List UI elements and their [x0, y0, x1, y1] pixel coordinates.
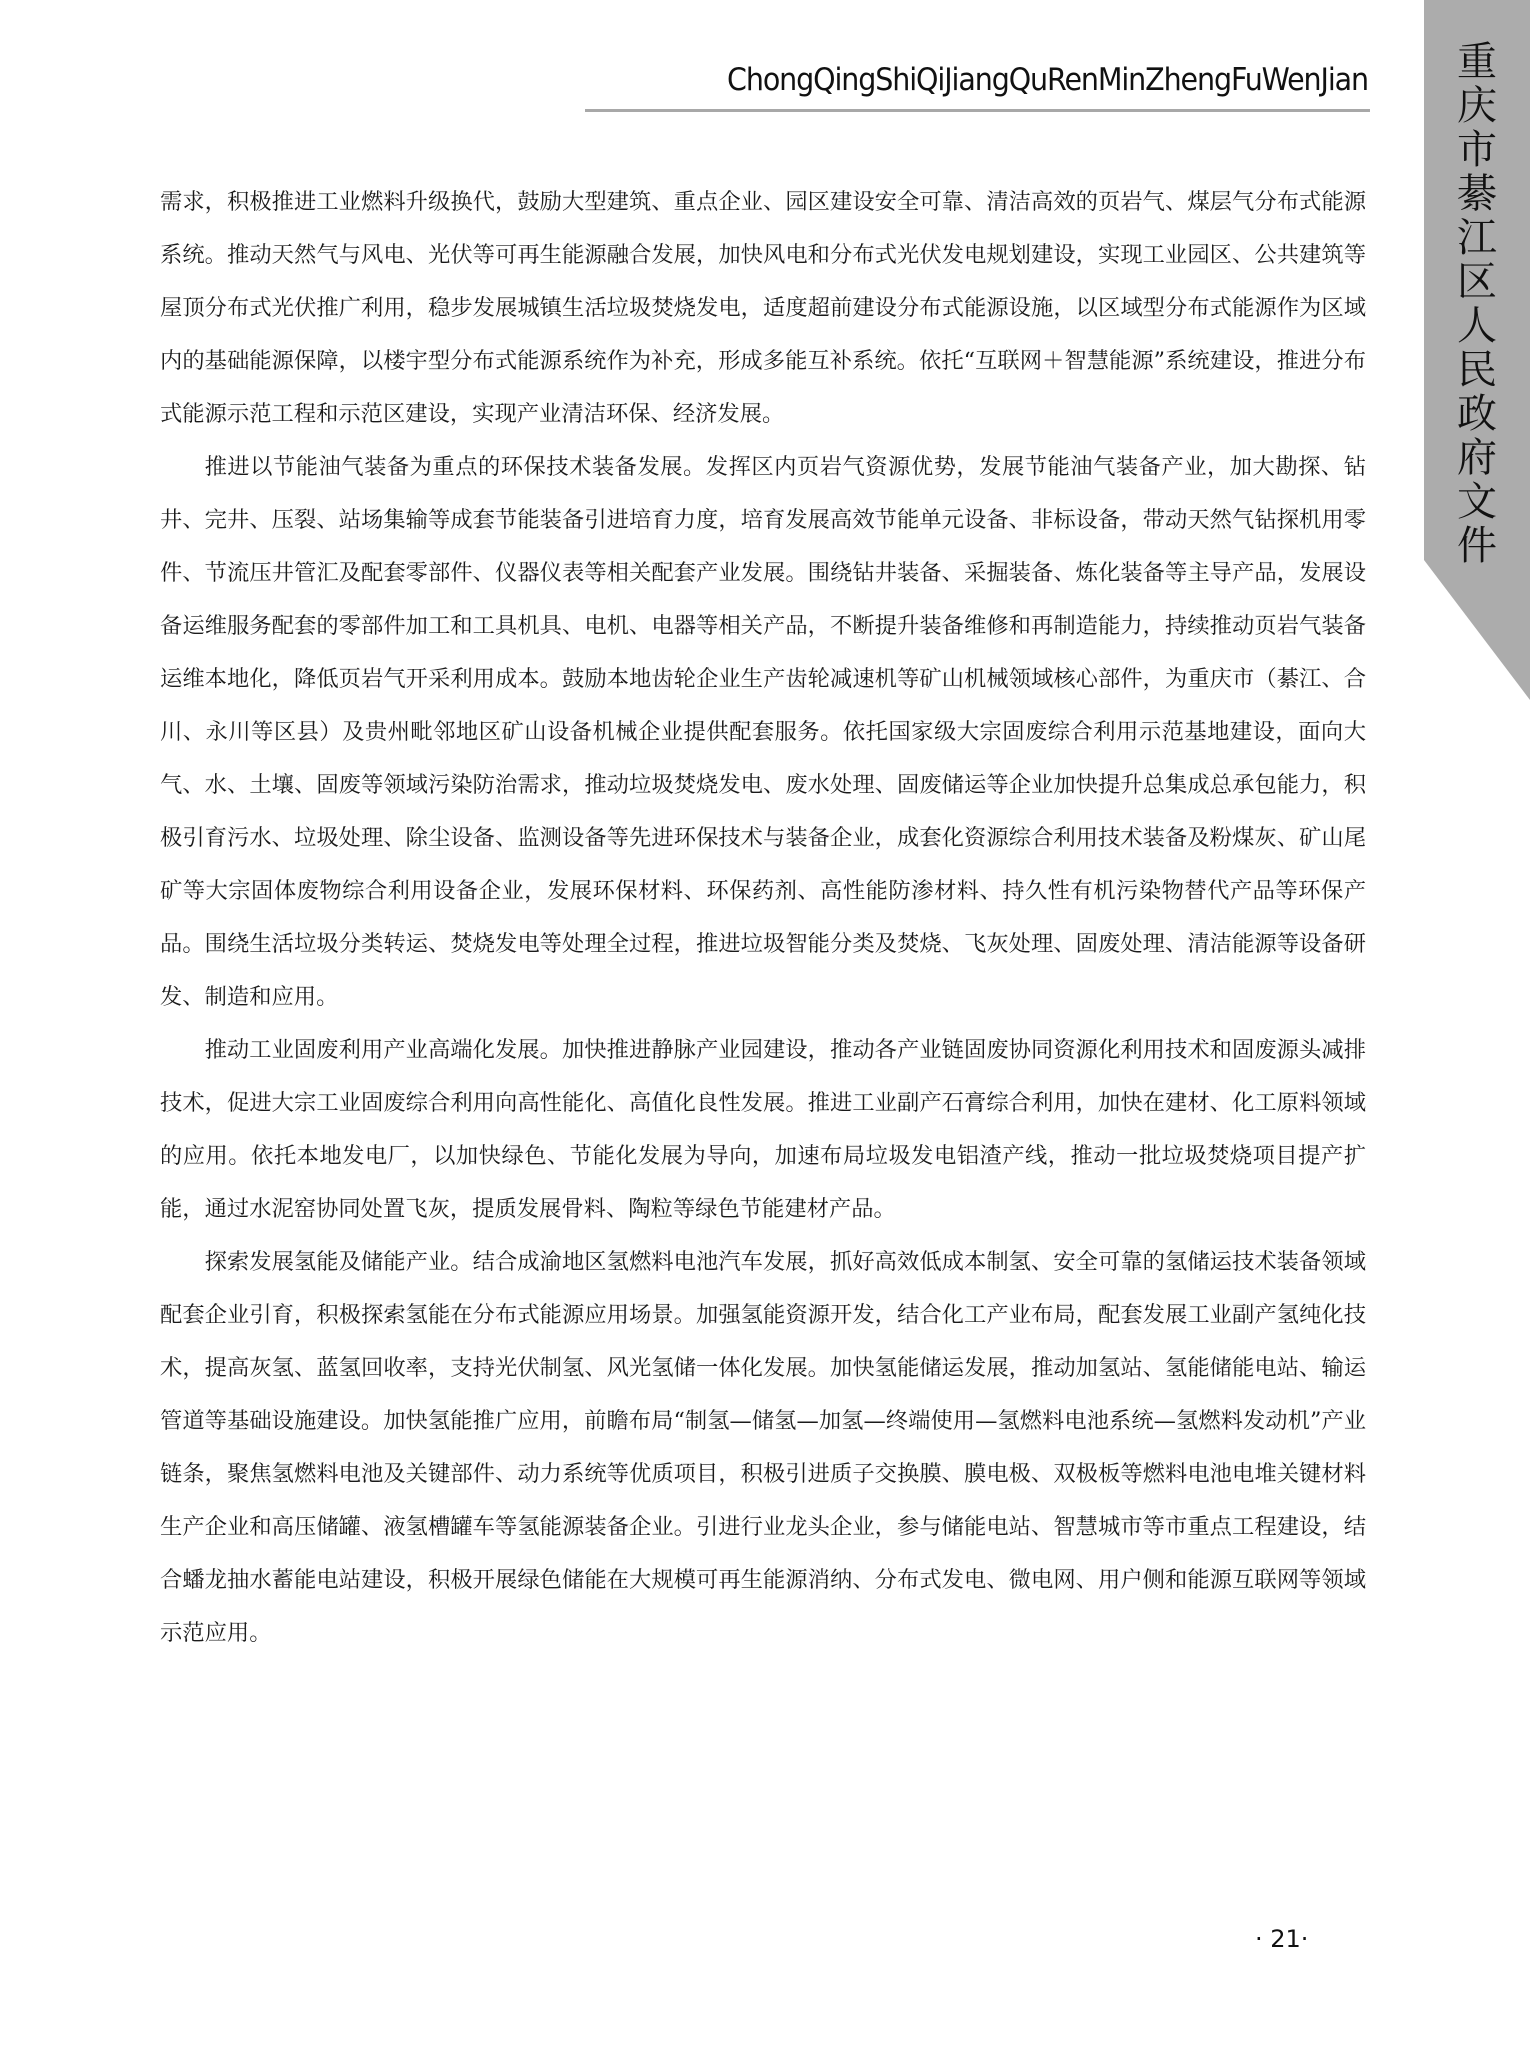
side-tab-char: 綦 — [1457, 172, 1497, 216]
document-body: 需求，积极推进工业燃料升级换代，鼓励大型建筑、重点企业、园区建设安全可靠、清洁高… — [160, 176, 1366, 1660]
side-tab-char: 庆 — [1457, 84, 1497, 128]
side-tab-char: 政 — [1457, 392, 1497, 436]
side-tab-char: 区 — [1457, 260, 1497, 304]
side-tab-char: 府 — [1457, 436, 1497, 480]
side-tab-char: 重 — [1457, 40, 1497, 84]
paragraph-solid-waste: 推动工业固废利用产业高端化发展。加快推进静脉产业园建设，推动各产业链固废协同资源… — [160, 1024, 1366, 1236]
header-divider — [585, 109, 1370, 112]
page-number: · 21· — [1255, 1925, 1308, 1953]
side-tab-char: 市 — [1457, 128, 1497, 172]
side-tab-tail — [1424, 560, 1530, 700]
paragraph-hydrogen-storage: 探索发展氢能及储能产业。结合成渝地区氢燃料电池汽车发展，抓好高效低成本制氢、安全… — [160, 1236, 1366, 1660]
side-tab-title: 重 庆 市 綦 江 区 人 民 政 府 文 件 — [1424, 40, 1530, 568]
side-tab-char: 件 — [1457, 524, 1497, 568]
paragraph-distributed-energy: 需求，积极推进工业燃料升级换代，鼓励大型建筑、重点企业、园区建设安全可靠、清洁高… — [160, 176, 1366, 441]
side-tab-char: 民 — [1457, 348, 1497, 392]
side-tab-char: 文 — [1457, 480, 1497, 524]
side-tab-char: 人 — [1457, 304, 1497, 348]
running-header-title: ChongQingShiQiJiangQuRenMinZhengFuWenJia… — [661, 62, 1368, 98]
paragraph-oil-gas-equipment: 推进以节能油气装备为重点的环保技术装备发展。发挥区内页岩气资源优势，发展节能油气… — [160, 441, 1366, 1024]
side-tab-char: 江 — [1457, 216, 1497, 260]
